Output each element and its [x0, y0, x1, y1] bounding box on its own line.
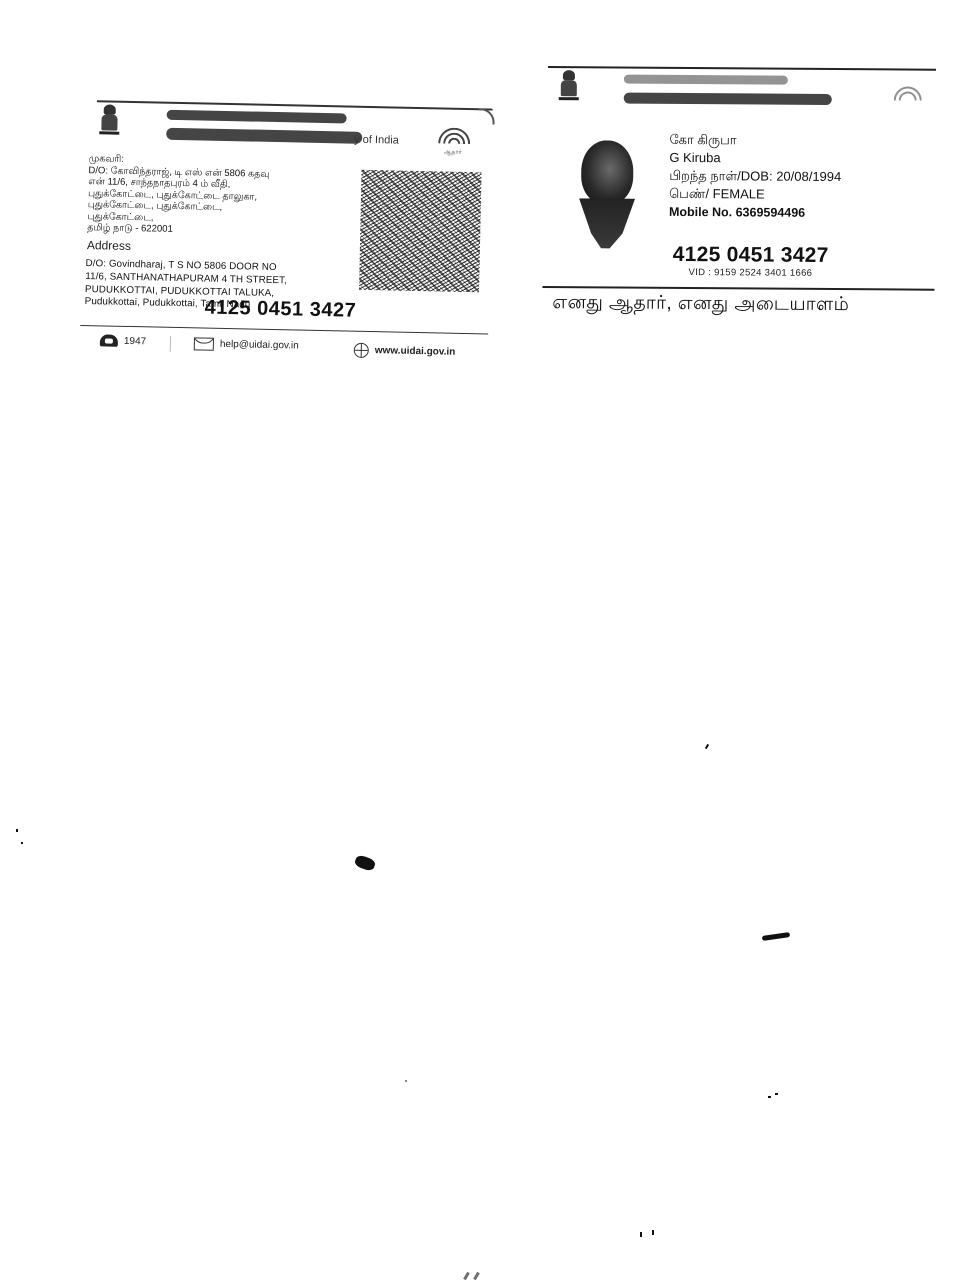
scan-speck [640, 1232, 642, 1237]
scan-speck [21, 842, 23, 844]
scan-speck [775, 1093, 778, 1095]
redacted-header-line-2 [624, 93, 832, 105]
card-footer: 1947 help@uidai.gov.in www.uidai.gov.in [80, 334, 488, 363]
website-url: www.uidai.gov.in [375, 345, 456, 358]
holder-photo [573, 138, 642, 250]
redacted-header-line-1 [167, 110, 347, 124]
scan-speck [705, 744, 709, 749]
aadhaar-front-card: கோ கிருபா G Kiruba பிறந்த நாள்/DOB: 20/0… [542, 64, 936, 319]
scan-speck [768, 1096, 771, 1098]
address-tamil: முகவரி: D/O: கோவிந்தராஜ், டி எஸ் என் 580… [87, 153, 349, 239]
email-address: help@uidai.gov.in [220, 339, 299, 352]
footer-phone: 1947 [100, 334, 146, 347]
aadhaar-number-front: 4125 0451 3427 [673, 243, 829, 268]
card-top-border [97, 100, 493, 110]
redacted-header-line-1 [624, 75, 788, 85]
mail-icon [194, 337, 214, 350]
date-of-birth: பிறந்த நாள்/DOB: 20/08/1994 [669, 167, 841, 186]
gender: பெண்/ FEMALE [669, 185, 841, 204]
virtual-id: VID : 9159 2524 3401 1666 [689, 267, 813, 279]
address-label: Address [87, 238, 131, 253]
footer-email: help@uidai.gov.in [194, 337, 299, 352]
footer-website: www.uidai.gov.in [354, 343, 456, 360]
name-tamil: கோ கிருபா [669, 131, 841, 150]
redacted-header-line-2 [166, 128, 362, 144]
authority-text: y of India [354, 134, 399, 147]
name-english: G Kiruba [669, 149, 841, 168]
aadhaar-number-back: 4125 0451 3427 [204, 297, 356, 323]
scan-speck [473, 1272, 480, 1280]
holder-details: கோ கிருபா G Kiruba பிறந்த நாள்/DOB: 20/0… [669, 131, 842, 222]
phone-number: 1947 [124, 335, 146, 346]
scan-speck [652, 1230, 654, 1235]
card-divider [542, 286, 934, 291]
aadhaar-logo-label: ஆதார் [444, 150, 462, 157]
phone-icon [100, 334, 118, 346]
scan-smudge [762, 932, 790, 941]
aadhaar-slogan: எனது ஆதார், எனது அடையாளம் [552, 292, 849, 318]
aadhaar-back-card: y of India ஆதார் முகவரி: D/O: கோவிந்தராஜ… [80, 98, 493, 368]
national-emblem-icon [558, 70, 580, 104]
scan-smudge [354, 854, 377, 872]
globe-icon [354, 343, 369, 358]
national-emblem-icon [98, 104, 121, 138]
aadhaar-logo-icon [892, 84, 926, 114]
scan-speck [16, 829, 18, 832]
mobile-number: Mobile No. 6369594496 [669, 203, 841, 222]
scan-speck [463, 1272, 470, 1280]
scan-speck [405, 1080, 407, 1082]
footer-separator [170, 336, 171, 352]
card-divider [80, 325, 488, 335]
qr-code [359, 170, 481, 292]
card-top-border [548, 66, 936, 71]
